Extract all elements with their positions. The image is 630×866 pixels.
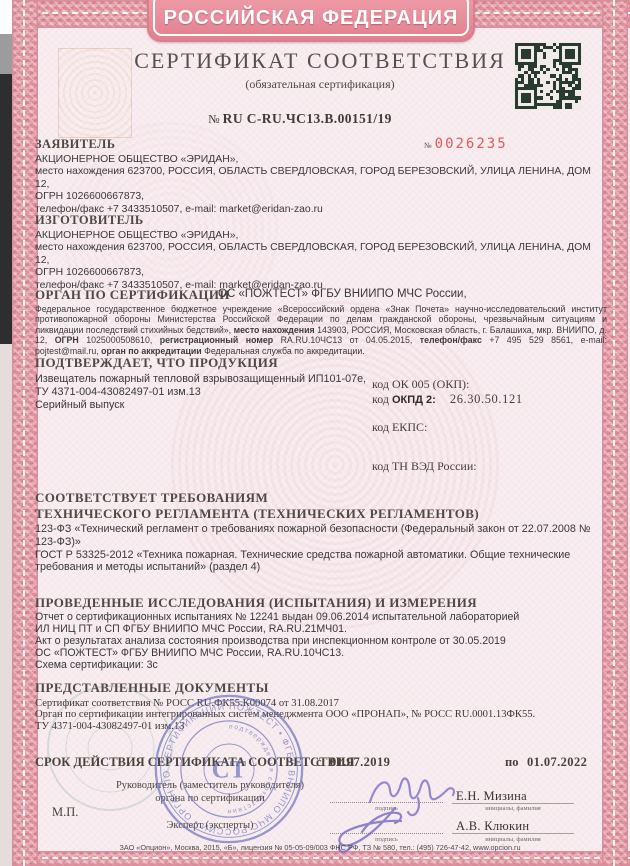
applicant-block: АКЦИОНЕРНОЕ ОБЩЕСТВО «ЭРИДАН», место нах… xyxy=(35,154,600,216)
number-sign: № xyxy=(208,112,219,126)
head-name: Е.Н. Мизина xyxy=(456,789,527,804)
product-line: Извещатель пожарный тепловой взрывозащищ… xyxy=(35,373,370,386)
requirement-line: ГОСТ Р 53325-2012 «Техника пожарная. Тех… xyxy=(35,549,603,575)
code-okpd-value: 26.30.50.121 xyxy=(450,392,523,406)
text-segment: RA.RU.10ЧС13 от 04.05.2015, xyxy=(281,335,420,345)
documents-heading: ПРЕДСТАВЛЕННЫЕ ДОКУМЕНТЫ xyxy=(35,680,269,696)
manufacturer-line: АКЦИОНЕРНОЕ ОБЩЕСТВО «ЭРИДАН», xyxy=(35,230,600,242)
applicant-line: АКЦИОНЕРНОЕ ОБЩЕСТВО «ЭРИДАН», xyxy=(35,154,600,166)
requirements-subheading: ТЕХНИЧЕСКОГО РЕГЛАМЕНТА (ТЕХНИЧЕСКИХ РЕГ… xyxy=(35,506,479,522)
expert-name: А.В. Клюкин xyxy=(456,819,529,834)
border-bottom xyxy=(12,851,630,866)
certificate-page: РОССИЙСКАЯ ФЕДЕРАЦИЯ СЕРТИФИКАТ СООТВЕТС… xyxy=(0,0,630,866)
code-tnved-label: код ТН ВЭД России: xyxy=(372,459,477,474)
applicant-line: место нахождения 623700, РОССИЯ, ОБЛАСТЬ… xyxy=(35,166,600,191)
head-name-caption: инициалы, фамилия xyxy=(452,805,574,812)
certificate-subtitle: (обязательная сертификация) xyxy=(40,77,600,92)
scan-edge-light xyxy=(0,344,12,866)
text-segment-bold: место нахождения xyxy=(234,325,318,335)
code-okpd-prefix: код xyxy=(372,392,392,406)
head-role-line: органа по сертификации xyxy=(95,793,325,806)
blank-number: №0026235 xyxy=(424,136,508,152)
head-name-line xyxy=(452,803,574,804)
research-block: Отчет о сертификационных испытаниях № 12… xyxy=(35,612,603,672)
expert-name-line xyxy=(452,833,574,834)
research-line: Акт о результатах анализа состояния прои… xyxy=(35,636,603,648)
head-role-line: Руководитель (заместитель руководителя) xyxy=(95,780,325,793)
head-role-label: Руководитель (заместитель руководителя) … xyxy=(95,780,325,805)
printer-footer: ЗАО «Опцион», Москва, 2015, «Б», лицензи… xyxy=(12,843,628,852)
document-line: ТУ 4371-004-43082497-01 изм.13 xyxy=(35,721,603,732)
certificate-title: СЕРТИФИКАТ СООТВЕТСТВИЯ xyxy=(40,48,600,74)
federation-banner-title: РОССИЙСКАЯ ФЕДЕРАЦИЯ xyxy=(149,7,473,30)
applicant-line: ОГРН 1026600667873, xyxy=(35,191,600,203)
text-segment-bold: ОГРН xyxy=(55,335,87,345)
certification-body-details: Федеральное государственное бюджетное уч… xyxy=(35,304,607,356)
certificate-number: RU C-RU.ЧС13.В.00151/19 xyxy=(223,111,392,126)
head-signature-line xyxy=(330,802,443,803)
requirements-heading: СООТВЕТСТВУЕТ ТРЕБОВАНИЯМ xyxy=(35,490,268,506)
manufacturer-line: место нахождения 623700, РОССИЯ, ОБЛАСТЬ… xyxy=(35,242,600,267)
code-ekps-label: код ЕКПС: xyxy=(372,420,427,435)
document-line: Орган по сертификации интегрированных си… xyxy=(35,709,603,720)
certificate-number-line: № RU C-RU.ЧС13.В.00151/19 xyxy=(20,111,580,127)
document-line: Сертификат соответствия № РОСС RU.ФК55.К… xyxy=(35,698,603,709)
research-line: ОС «ПОЖТЕСТ» ФГБУ ВНИИПО МЧС России, RA.… xyxy=(35,648,603,660)
validity-to-date: 01.07.2022 xyxy=(527,755,587,770)
text-segment-bold: телефон/факс xyxy=(420,335,490,345)
border-right xyxy=(602,0,628,866)
documents-block: Сертификат соответствия № РОСС RU.ФК55.К… xyxy=(35,698,603,732)
code-okpd-row: код ОКПД 2:26.30.50.121 xyxy=(372,392,523,407)
manufacturer-heading: ИЗГОТОВИТЕЛЬ xyxy=(35,213,144,228)
blank-number-value: 0026235 xyxy=(435,136,508,152)
expert-name-caption: инициалы, фамилия xyxy=(452,836,574,843)
product-heading: ПОДТВЕРЖДАЕТ, ЧТО ПРОДУКЦИЯ xyxy=(35,355,278,371)
validity-from-label: с xyxy=(316,755,322,770)
requirement-line: 123-ФЗ «Технический регламент о требован… xyxy=(35,523,603,549)
expert-signature-caption: подпись xyxy=(330,836,443,843)
product-block: Извещатель пожарный тепловой взрывозащищ… xyxy=(35,373,370,412)
manufacturer-line: ОГРН 1026600667873, xyxy=(35,267,600,279)
certification-body-heading: ОРГАН ПО СЕРТИФИКАЦИИ xyxy=(35,287,230,303)
research-line: Схема сертификации: 3с xyxy=(35,660,603,672)
research-heading: ПРОВЕДЕННЫЕ ИССЛЕДОВАНИЯ (ИСПЫТАНИЯ) И И… xyxy=(35,595,477,611)
code-okp-label: код ОК 005 (ОКП): xyxy=(372,377,469,392)
text-segment: 1025000508610, xyxy=(86,335,160,345)
scan-edge-white xyxy=(0,0,12,34)
code-okpd-label: ОКПД 2: xyxy=(392,394,436,406)
requirements-block: 123-ФЗ «Технический регламент о требован… xyxy=(35,523,603,574)
mp-seal-label: М.П. xyxy=(52,805,78,820)
expert-role-label: Эксперт (эксперты) xyxy=(95,820,325,833)
validity-to-label: по xyxy=(505,755,518,770)
head-signature-caption: подпись xyxy=(330,805,443,812)
expert-signature-line xyxy=(330,833,443,834)
manufacturer-block: АКЦИОНЕРНОЕ ОБЩЕСТВО «ЭРИДАН», место нах… xyxy=(35,230,600,292)
certification-body-name: ОС «ПОЖТЕСТ» ФГБУ ВНИИПО МЧС России, xyxy=(218,288,467,300)
text-segment-bold: регистрационный номер xyxy=(160,335,281,345)
scan-edge-grey xyxy=(0,34,12,74)
border-left xyxy=(12,0,38,866)
validity-from-date: 01.07.2019 xyxy=(330,755,390,770)
blank-number-sign: № xyxy=(424,141,432,150)
validity-heading: СРОК ДЕЙСТВИЯ СЕРТИФИКАТА СООТВЕТСТВИЯ xyxy=(35,755,355,770)
scan-edge-dark xyxy=(0,74,12,344)
product-line: Серийный выпуск xyxy=(35,399,370,412)
federation-banner: РОССИЙСКАЯ ФЕДЕРАЦИЯ xyxy=(147,0,475,42)
applicant-heading: ЗАЯВИТЕЛЬ xyxy=(35,137,115,152)
product-line: ТУ 4371-004-43082497-01 изм.13 xyxy=(35,386,370,399)
